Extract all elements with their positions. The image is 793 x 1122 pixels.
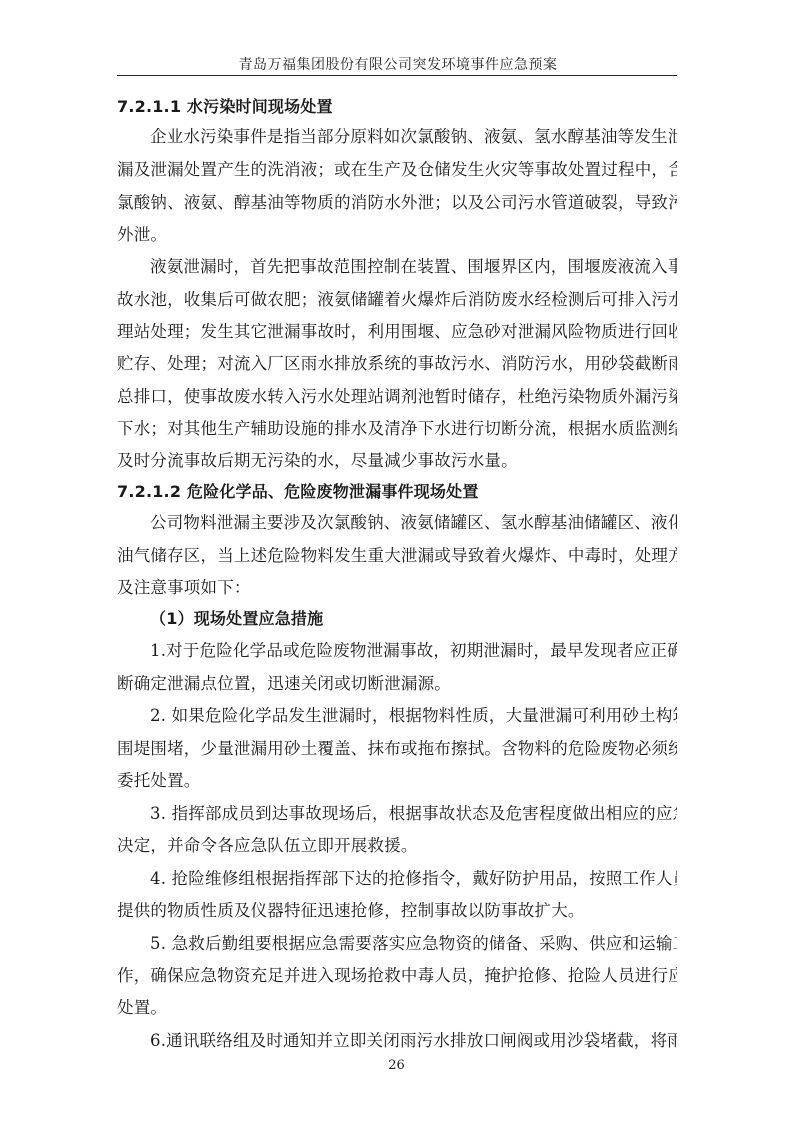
list-item-line: 处置。 [117, 997, 677, 1019]
list-item-line: 1.对于危险化学品或危险废物泄漏事故，初期泄漏时，最早发现者应正确判 [117, 640, 677, 662]
page-number: 26 [0, 1058, 793, 1073]
list-item-line: 6.通讯联络组及时通知并立即关闭雨污水排放口闸阀或用沙袋堵截，将雨污 [117, 1030, 677, 1052]
paragraph-line: 外泄。 [117, 224, 677, 246]
document-page: 青岛万福集团股份有限公司突发环境事件应急预案 7.2.1.1 水污染时间现场处置… [0, 0, 793, 1122]
paragraph-line: 故水池，收集后可做农肥；液氨储罐着火爆炸后消防废水经检测后可排入污水处 [117, 289, 677, 311]
list-item-line: 4. 抢险维修组根据指挥部下达的抢修指令，戴好防护用品，按照工作人员 [117, 868, 677, 890]
section-heading-7-2-1-2: 7.2.1.2 危险化学品、危险废物泄漏事件现场处置 [117, 481, 677, 503]
paragraph-line: 企业水污染事件是指当部分原料如次氯酸钠、液氨、氢水醇基油等发生泄 [117, 126, 677, 148]
header-divider [117, 75, 677, 76]
paragraph-line: 漏及泄漏处置产生的洗消液；或在生产及仓储发生火灾等事故处置过程中，含次 [117, 159, 677, 181]
paragraph-line: 下水；对其他生产辅助设施的排水及清净下水进行切断分流，根据水质监测结果， [117, 418, 677, 440]
paragraph-line: 及时分流事故后期无污染的水，尽量减少事故污水量。 [117, 450, 677, 472]
paragraph-line: 液氨泄漏时，首先把事故范围控制在装置、围堰界区内，围堰废液流入事 [117, 256, 677, 278]
running-header: 青岛万福集团股份有限公司突发环境事件应急预案 [118, 54, 678, 74]
paragraph-line: 贮存、处理；对流入厂区雨水排放系统的事故污水、消防污水，用砂袋截断雨水 [117, 353, 677, 375]
list-item-line: 2. 如果危险化学品发生泄漏时，根据物料性质，大量泄漏可利用砂土构筑 [117, 705, 677, 727]
list-item-line: 提供的物质性质及仪器特征迅速抢修，控制事故以防事故扩大。 [117, 900, 677, 922]
paragraph-line: 总排口，使事故废水转入污水处理站调剂池暂时储存，杜绝污染物质外漏污染地 [117, 386, 677, 408]
list-item-line: 委托处置。 [117, 770, 677, 792]
paragraph-line: 理站处理；发生其它泄漏事故时，利用围堰、应急砂对泄漏风险物质进行回收、 [117, 321, 677, 343]
list-item-line: 围堤围堵，少量泄漏用砂土覆盖、抹布或拖布擦拭。含物料的危险废物必须统一 [117, 738, 677, 760]
list-item-line: 3. 指挥部成员到达事故现场后，根据事故状态及危害程度做出相应的应急 [117, 803, 677, 825]
paragraph-line: 氯酸钠、液氨、醇基油等物质的消防水外泄；以及公司污水管道破裂，导致污水 [117, 192, 677, 214]
paragraph-line: 油气储存区，当上述危险物料发生重大泄漏或导致着火爆炸、中毒时，处理方式 [117, 545, 677, 567]
paragraph-line: 及注意事项如下： [117, 577, 677, 599]
paragraph-line: 公司物料泄漏主要涉及次氯酸钠、液氨储罐区、氢水醇基油储罐区、液化石 [117, 512, 677, 534]
subheading-onsite-measures: （1）现场处置应急措施 [117, 608, 677, 630]
list-item-line: 5. 急救后勤组要根据应急需要落实应急物资的储备、采购、供应和运输工 [117, 933, 677, 955]
list-item-line: 决定，并命令各应急队伍立即开展救援。 [117, 835, 677, 857]
list-item-line: 断确定泄漏点位置，迅速关闭或切断泄漏源。 [117, 673, 677, 695]
list-item-line: 作，确保应急物资充足并进入现场抢救中毒人员，掩护抢修、抢险人员进行应急 [117, 965, 677, 987]
section-heading-7-2-1-1: 7.2.1.1 水污染时间现场处置 [117, 96, 677, 118]
